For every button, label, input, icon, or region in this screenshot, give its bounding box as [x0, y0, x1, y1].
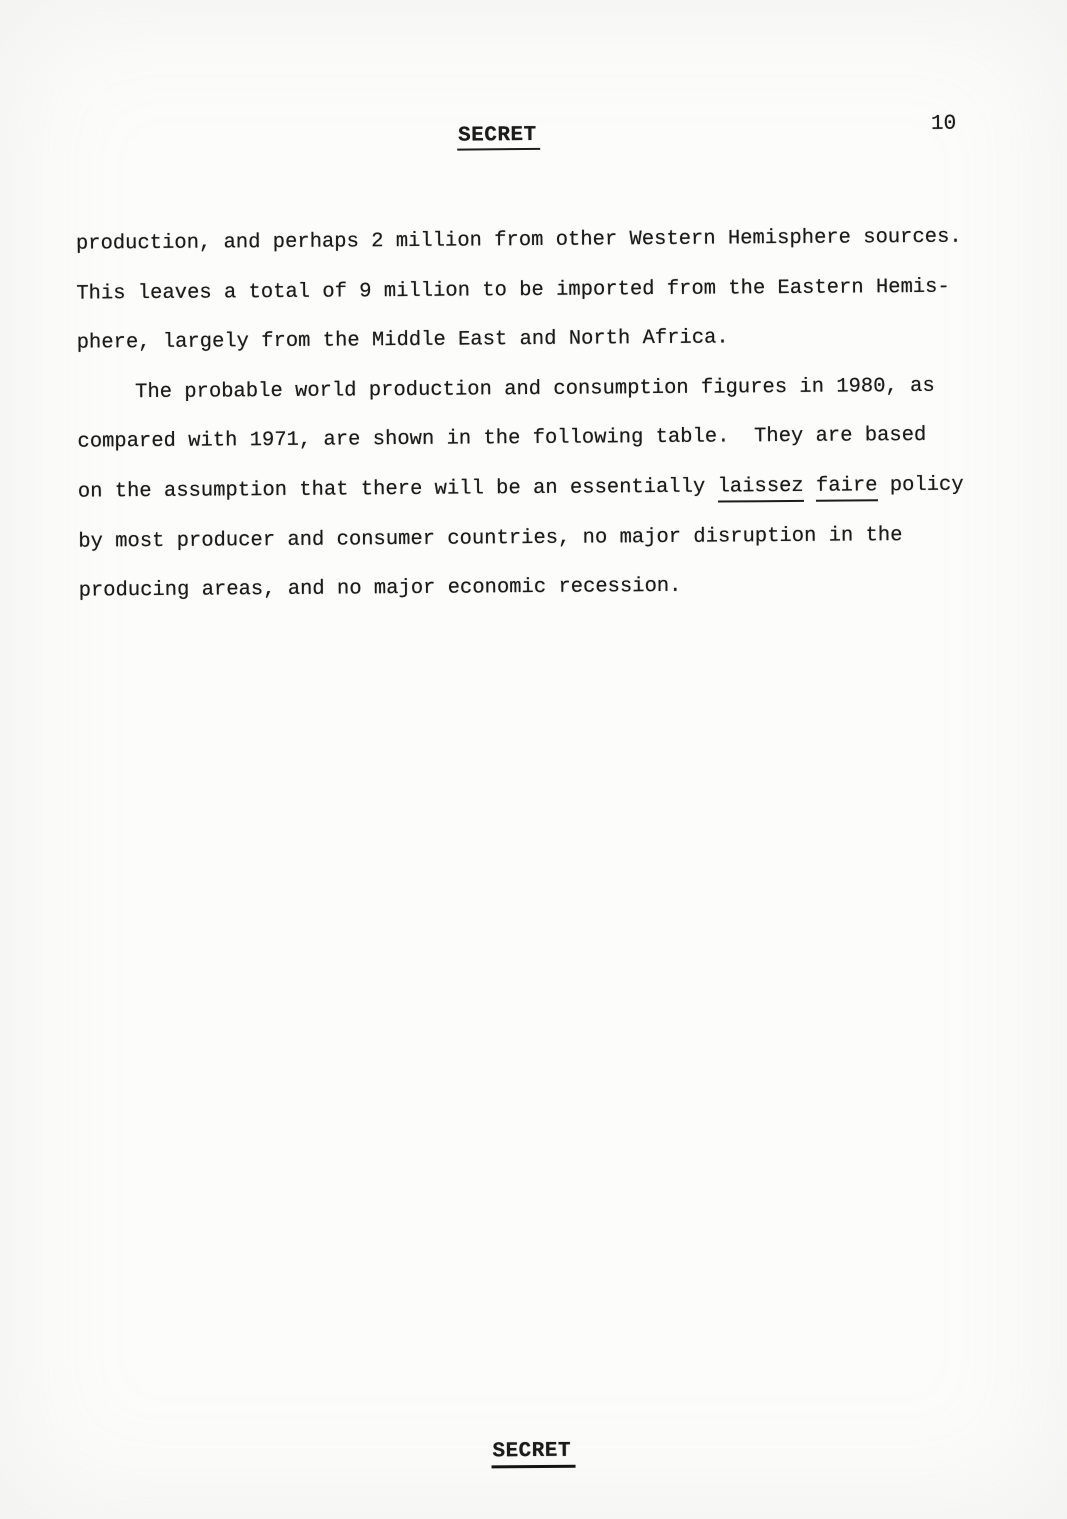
text-segment: on the assumption that there will be an …: [78, 476, 718, 504]
underlined-term: faire: [816, 474, 878, 501]
scanned-text-block: SECRET 10 production, and perhaps 2 mill…: [0, 0, 1067, 1519]
text-line: compared with 1971, are shown in the fol…: [77, 422, 987, 479]
text-line: by most producer and consumer countries,…: [78, 521, 988, 578]
text-line: production, and perhaps 2 million from o…: [76, 223, 986, 280]
text-line: on the assumption that there will be an …: [78, 471, 988, 528]
text-line: producing areas, and no major economic r…: [79, 571, 989, 628]
document-page: SECRET 10 production, and perhaps 2 mill…: [0, 0, 1067, 1519]
footer-classification: SECRET: [491, 1440, 575, 1469]
text-segment: policy: [877, 474, 963, 498]
document-body: production, and perhaps 2 million from o…: [76, 223, 989, 627]
page-number: 10: [931, 113, 956, 136]
header-classification: SECRET: [457, 124, 540, 151]
text-line: The probable world production and consum…: [77, 372, 987, 429]
text-line: phere, largely from the Middle East and …: [77, 323, 987, 380]
underlined-term: laissez: [717, 475, 803, 503]
text-line: This leaves a total of 9 million to be i…: [76, 273, 986, 330]
